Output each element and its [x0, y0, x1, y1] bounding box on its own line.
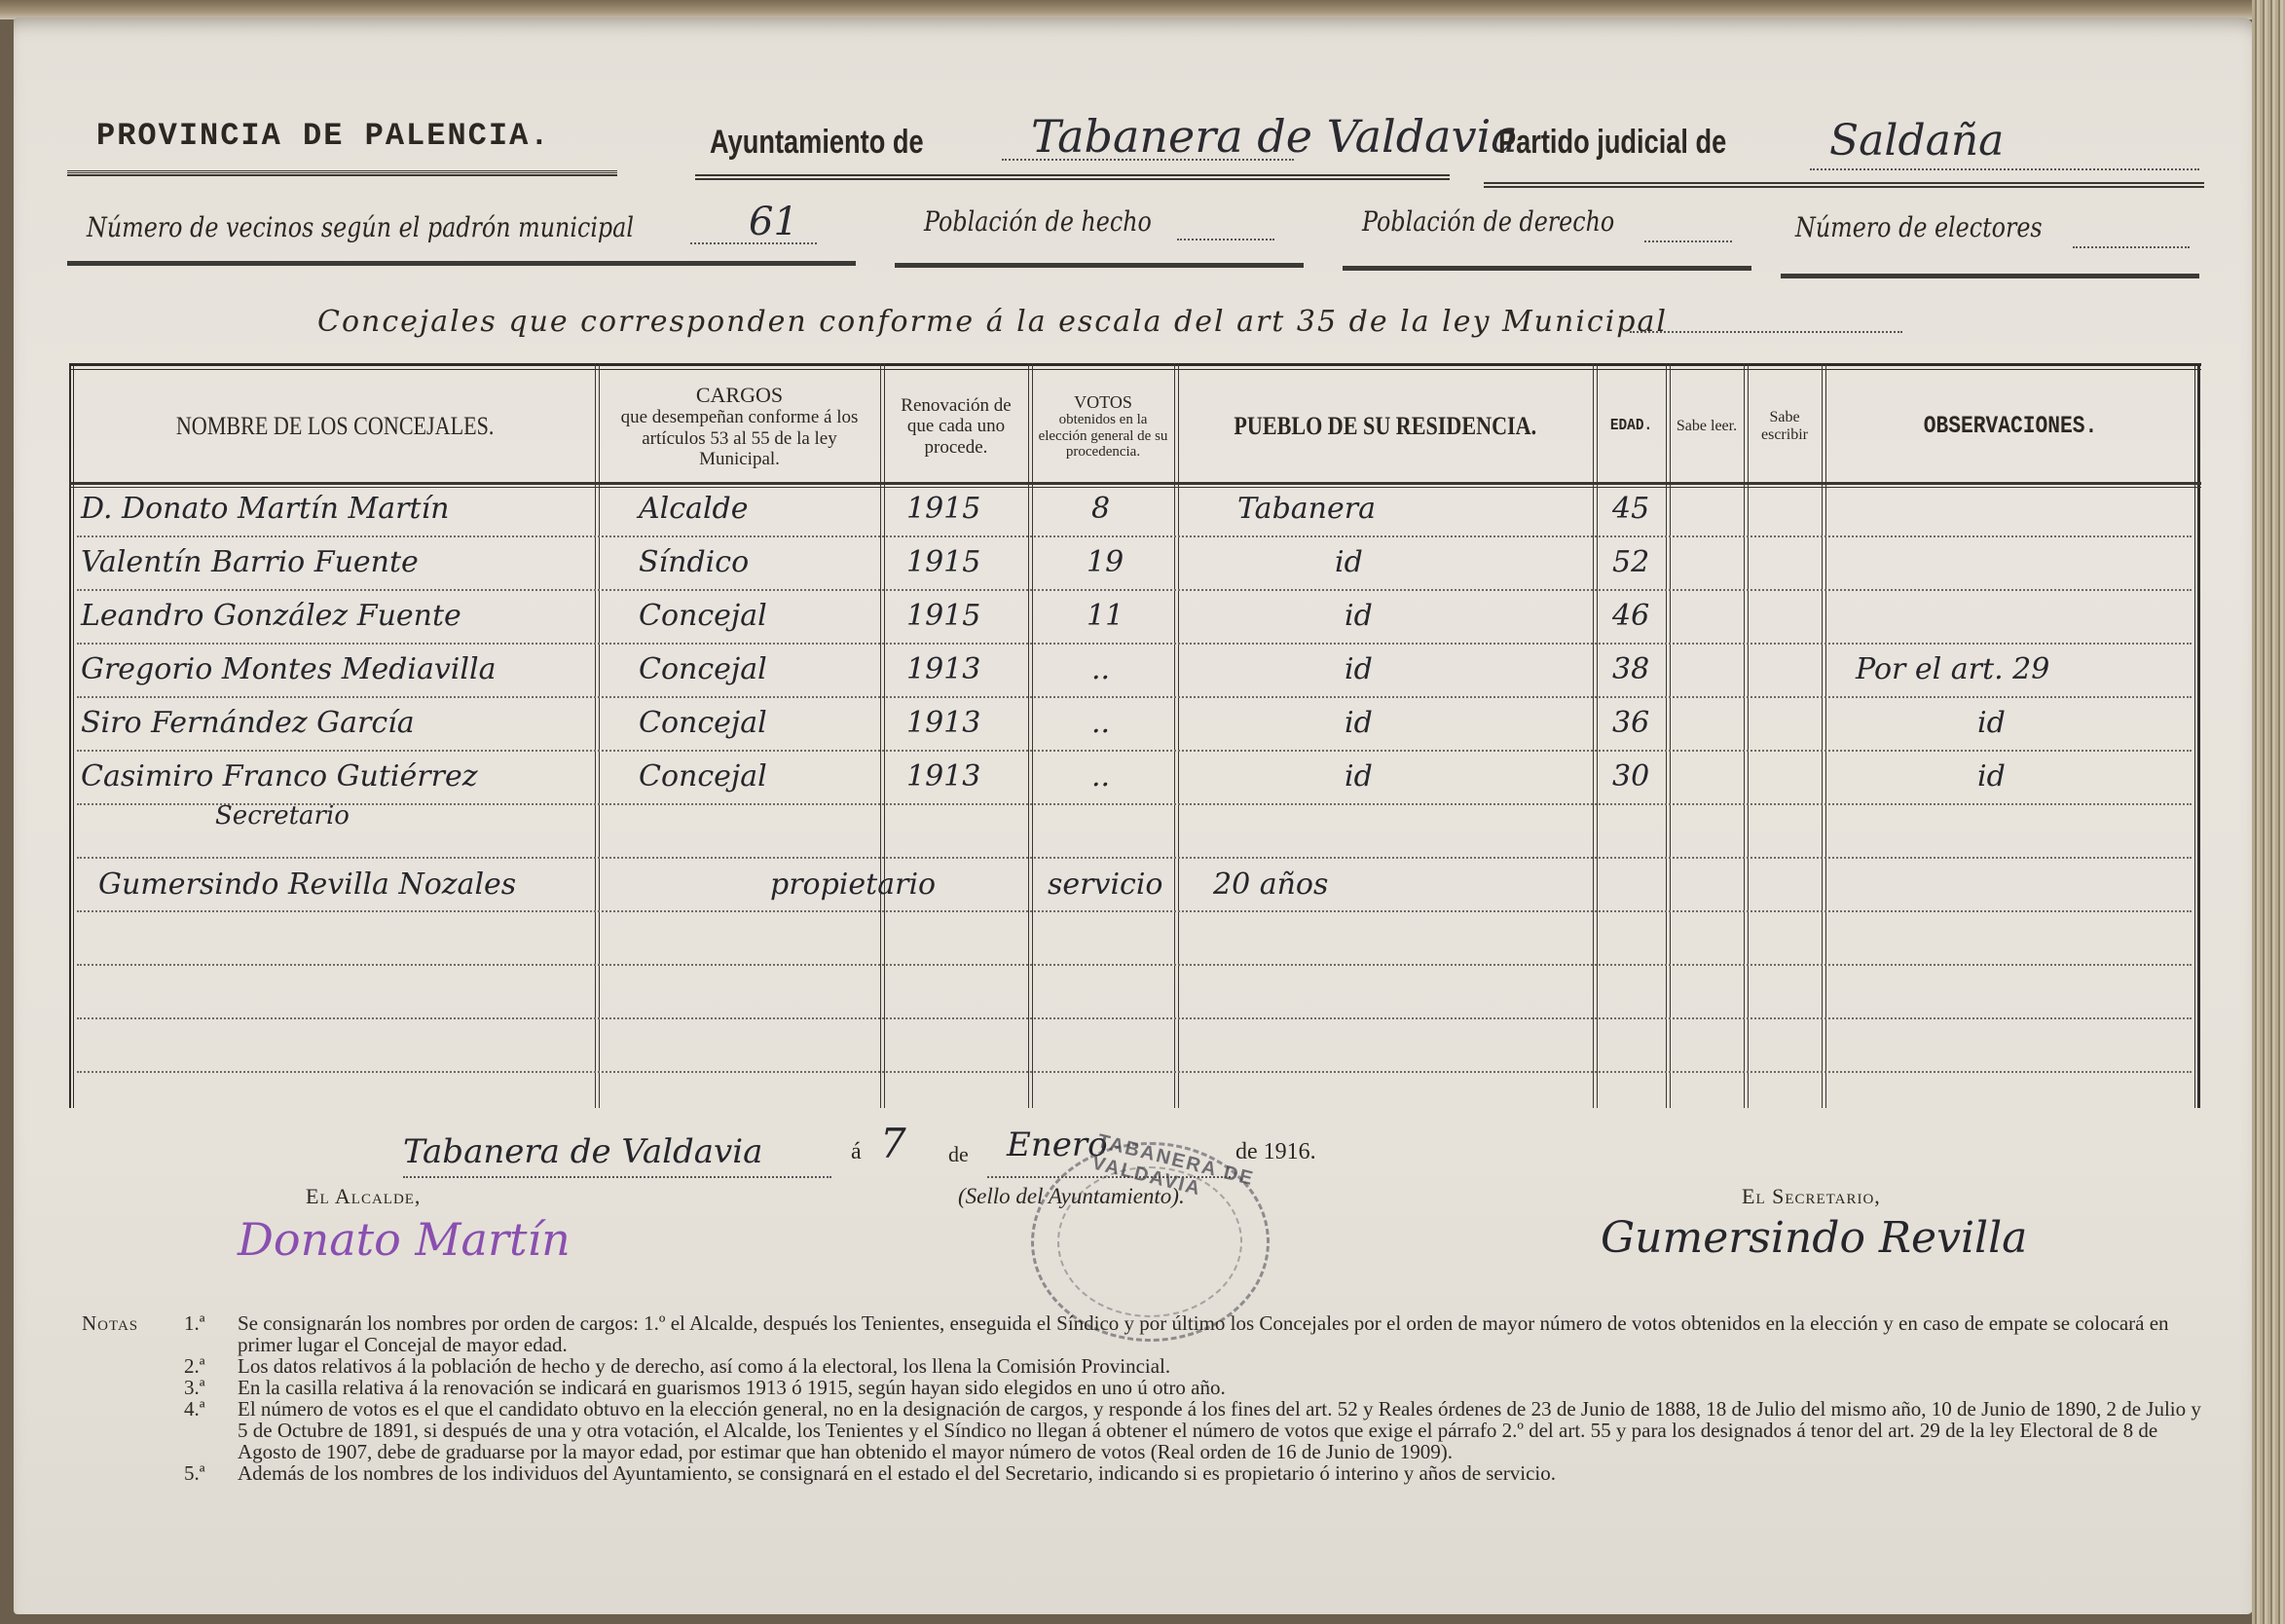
concejales-scale-line: Concejales que corresponden conforme á l… [317, 305, 1668, 339]
cell-renovacion: 1915 [906, 492, 980, 526]
table-header-rule [69, 482, 2201, 488]
cell-nombre: D. Donato Martín Martín [81, 492, 449, 526]
column-separator [595, 363, 600, 1108]
cell-pueblo: id [1345, 599, 1373, 633]
cell-renovacion: 1913 [906, 652, 980, 686]
row-rule [77, 1071, 2192, 1073]
row-rule [77, 857, 2192, 859]
alcalde-label: El Alcalde, [306, 1184, 421, 1209]
cell-edad: 52 [1612, 545, 1649, 579]
de-text: de [948, 1142, 969, 1167]
cell-edad: 36 [1612, 706, 1649, 740]
year-text: de 1916. [1235, 1139, 1316, 1165]
alcalde-signature: Donato Martín [238, 1213, 571, 1266]
note-item: 2.ª Los datos relativos á la población d… [82, 1355, 2204, 1377]
partido-label: Partido judicial de [1498, 124, 1726, 162]
column-separator [1822, 363, 1826, 1108]
cell-votos: 19 [1087, 545, 1124, 579]
column-separator [1744, 363, 1749, 1108]
vecinos-value: 61 [749, 200, 798, 244]
place-value: Tabanera de Valdavia [403, 1132, 762, 1171]
header-sabe-leer: Sabe leer. [1672, 371, 1742, 482]
concejales-dotted-line [1630, 331, 1902, 333]
secretario-heading: Secretario [215, 801, 350, 830]
note-text: Los datos relativos á la población de he… [238, 1354, 1170, 1378]
secretario-label: El Secretario, [1742, 1184, 1881, 1209]
cell-observaciones: id [1977, 706, 2006, 740]
cell-cargo: Alcalde [639, 492, 749, 526]
column-separator [880, 363, 885, 1108]
cell-renovacion: 1913 [906, 706, 980, 740]
cell-edad: 45 [1612, 492, 1649, 526]
cell-observaciones: Por el art. 29 [1856, 652, 2049, 686]
row-rule [77, 696, 2192, 698]
poblacion-derecho-value [1644, 240, 1732, 242]
concejales-table: NOMBRE DE LOS CONCEJALES. CARGOS que des… [69, 363, 2201, 1108]
ayuntamiento-value: Tabanera de Valdavia [1031, 110, 1518, 163]
note-number: 2.ª [184, 1355, 205, 1377]
note-number: 4.ª [184, 1398, 205, 1420]
table-right-border [2194, 363, 2200, 1108]
note-text: En la casilla relativa á la renovación s… [238, 1376, 1226, 1399]
table-left-border [69, 363, 74, 1108]
row-rule [77, 589, 2192, 591]
cell-nombre: Leandro González Fuente [81, 599, 461, 633]
secretario-condicion: propietario [770, 867, 936, 902]
ayuntamiento-dotted-line [1002, 159, 1294, 161]
document-page: PROVINCIA DE PALENCIA. Ayuntamiento de T… [14, 18, 2253, 1614]
day-value: 7 [880, 1120, 906, 1167]
cell-renovacion: 1915 [906, 545, 980, 579]
header-votos: VOTOS obtenidos en la elección general d… [1034, 371, 1172, 482]
cell-cargo: Concejal [639, 652, 767, 686]
header-pueblo: PUEBLO DE SU RESIDENCIA. [1180, 371, 1591, 482]
cell-edad: 38 [1612, 652, 1649, 686]
poblacion-derecho-label: Población de derecho [1362, 205, 1614, 238]
place-dotted-line [403, 1176, 831, 1178]
row-rule [77, 803, 2192, 805]
notes-lead: Notas [82, 1312, 138, 1334]
column-separator [1028, 363, 1033, 1108]
row-rule [77, 643, 2192, 645]
cell-votos: .. [1091, 706, 1110, 740]
secretario-signature: Gumersindo Revilla [1601, 1213, 2027, 1263]
cell-observaciones: id [1977, 759, 2006, 794]
book-page-edge [2252, 0, 2285, 1624]
poblacion-derecho-rule [1343, 266, 1751, 271]
cell-pueblo: id [1345, 759, 1373, 794]
row-rule [77, 535, 2192, 537]
header-nombre: NOMBRE DE LOS CONCEJALES. [77, 371, 593, 482]
book-top-edge [0, 0, 2285, 19]
cell-edad: 30 [1612, 759, 1649, 794]
note-item: 5.ª Además de los nombres de los individ… [82, 1462, 2204, 1484]
note-number: 5.ª [184, 1462, 205, 1484]
note-item: Notas 1.ª Se consignarán los nombres por… [82, 1312, 2204, 1355]
vecinos-label: Número de vecinos según el padrón munici… [87, 211, 634, 243]
cell-votos: .. [1091, 652, 1110, 686]
electores-label: Número de electores [1795, 211, 2043, 243]
note-item: 3.ª En la casilla relativa á la renovaci… [82, 1377, 2204, 1398]
poblacion-hecho-label: Población de hecho [924, 205, 1152, 238]
vecinos-rule [67, 261, 856, 266]
cell-nombre: Valentín Barrio Fuente [81, 545, 419, 579]
province-title: PROVINCIA DE PALENCIA. [96, 118, 550, 154]
header-sabe-escribir: Sabe escribir [1750, 371, 1820, 482]
note-item: 4.ª El número de votos es el que el cand… [82, 1398, 2204, 1462]
a-text: á [851, 1139, 862, 1165]
cell-pueblo: id [1345, 706, 1373, 740]
electores-value [2073, 246, 2190, 248]
province-rule [67, 170, 617, 176]
note-number: 3.ª [184, 1377, 205, 1398]
cell-votos: .. [1091, 759, 1110, 794]
header-observaciones: OBSERVACIONES. [1827, 371, 2193, 482]
cell-cargo: Concejal [639, 759, 767, 794]
header-cargos: CARGOS que desempeñan conforme á los art… [601, 371, 878, 482]
note-text: El número de votos es el que el candidat… [238, 1397, 2201, 1463]
cell-pueblo: id [1335, 545, 1363, 579]
secretario-nombre: Gumersindo Revilla Nozales [98, 867, 516, 902]
partido-rule [1484, 182, 2204, 188]
cell-renovacion: 1913 [906, 759, 980, 794]
partido-dotted-line [1810, 168, 2199, 170]
header-edad: EDAD. [1599, 371, 1664, 482]
row-rule [77, 910, 2192, 912]
note-text: Se consignarán los nombres por orden de … [238, 1311, 2169, 1356]
poblacion-hecho-value [1177, 239, 1274, 240]
row-rule [77, 1017, 2192, 1019]
cell-edad: 46 [1612, 599, 1649, 633]
population-stats: Número de vecinos según el padrón munici… [67, 207, 2209, 285]
note-number: 1.ª [184, 1312, 205, 1334]
cell-votos: 11 [1087, 599, 1124, 633]
cell-cargo: Concejal [639, 599, 767, 633]
cell-votos: 8 [1091, 492, 1110, 526]
table-top-rule [69, 363, 2201, 370]
header-renovacion: Renovación de que cada uno procede. [886, 371, 1026, 482]
ayuntamiento-label: Ayuntamiento de [710, 124, 924, 162]
cell-renovacion: 1915 [906, 599, 980, 633]
cell-nombre: Gregorio Montes Mediavilla [81, 652, 496, 686]
cell-pueblo: Tabanera [1237, 492, 1376, 526]
secretario-servicio-label: servicio [1048, 867, 1163, 902]
row-rule [77, 750, 2192, 752]
cell-pueblo: id [1345, 652, 1373, 686]
header: PROVINCIA DE PALENCIA. Ayuntamiento de T… [67, 110, 2209, 188]
poblacion-hecho-rule [895, 263, 1304, 268]
column-separator [1593, 363, 1598, 1108]
cell-nombre: Siro Fernández García [81, 706, 415, 740]
partido-value: Saldaña [1829, 116, 2004, 166]
cell-cargo: Síndico [639, 545, 749, 579]
secretario-servicio-value: 20 años [1213, 867, 1328, 902]
cell-nombre: Casimiro Franco Gutiérrez [81, 759, 478, 794]
electores-rule [1781, 274, 2199, 278]
ayuntamiento-rule [695, 174, 1450, 180]
note-text: Además de los nombres de los individuos … [238, 1461, 1556, 1485]
column-separator [1666, 363, 1671, 1108]
cell-cargo: Concejal [639, 706, 767, 740]
row-rule [77, 964, 2192, 966]
column-separator [1174, 363, 1179, 1108]
notes-section: Notas 1.ª Se consignarán los nombres por… [82, 1312, 2204, 1484]
